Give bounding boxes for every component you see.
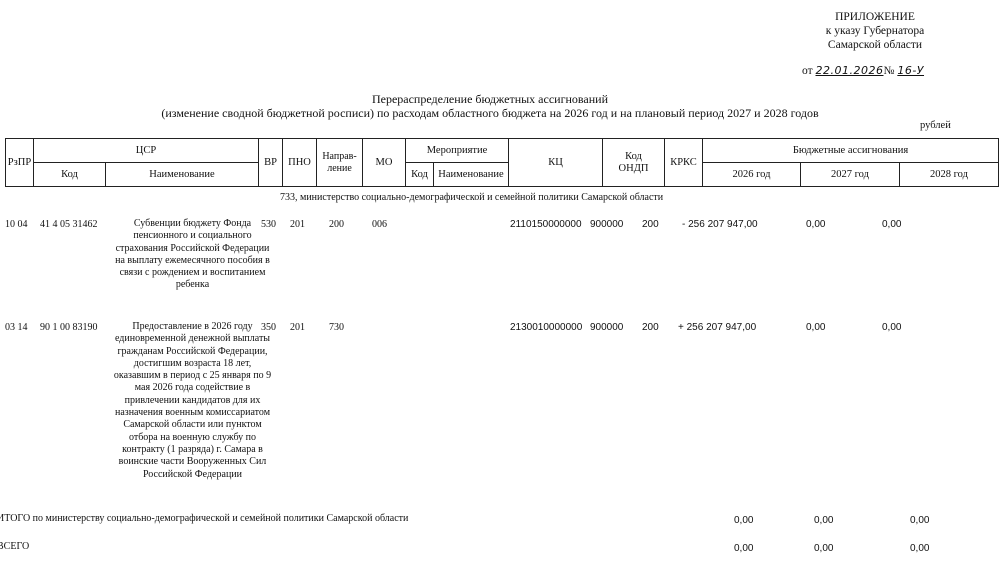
section-title: 733, министерство социально-демографичес… bbox=[280, 192, 663, 203]
units-label: рублей bbox=[920, 120, 951, 131]
approval-line-2: к указу Губернатора bbox=[790, 24, 960, 38]
cell-pno: 201 bbox=[290, 219, 305, 230]
table-header: РзПР ЦСР ВР ПНО Направ-ление МО Мероприя… bbox=[5, 138, 999, 187]
header-mo: МО bbox=[363, 139, 406, 187]
cell-vr: 530 bbox=[261, 219, 276, 230]
approval-heading: ПРИЛОЖЕНИЕ bbox=[790, 10, 960, 24]
cell-direction: 200 bbox=[329, 219, 344, 230]
cell-2026: - 256 207 947,00 bbox=[682, 219, 758, 230]
total-2028: 0,00 bbox=[910, 515, 929, 526]
header-2026: 2026 год bbox=[703, 163, 801, 187]
approval-date-line: от 22.01.2026№ 16-У bbox=[802, 64, 942, 77]
total-2026: 0,00 bbox=[734, 515, 753, 526]
cell-direction: 730 bbox=[329, 322, 344, 333]
total-label: ИТОГО по министерству социально-демограф… bbox=[0, 513, 408, 524]
handwritten-date: 22.01.2026 bbox=[816, 64, 884, 77]
grand-total-2027: 0,00 bbox=[814, 543, 833, 554]
header-csr: ЦСР bbox=[34, 139, 259, 163]
grand-total-label: ВСЕГО bbox=[0, 541, 29, 552]
cell-2027: 0,00 bbox=[806, 219, 825, 230]
grand-total-2026: 0,00 bbox=[734, 543, 753, 554]
header-2028: 2028 год bbox=[900, 163, 999, 187]
cell-2027: 0,00 bbox=[806, 322, 825, 333]
header-event-name: Наименование bbox=[434, 163, 509, 187]
cell-ondp: 900000 bbox=[590, 322, 623, 333]
header-vr: ВР bbox=[259, 139, 283, 187]
total-2027: 0,00 bbox=[814, 515, 833, 526]
cell-krks: 200 bbox=[642, 322, 659, 333]
cell-mo: 006 bbox=[372, 219, 387, 230]
header-event-code: Код bbox=[406, 163, 434, 187]
header-csr-name: Наименование bbox=[106, 163, 259, 187]
document-title: Перераспределение бюджетных ассигнований bbox=[0, 92, 980, 107]
header-event: Мероприятие bbox=[406, 139, 509, 163]
number-prefix: № bbox=[883, 65, 894, 77]
cell-2026: + 256 207 947,00 bbox=[678, 322, 756, 333]
header-csr-code: Код bbox=[34, 163, 106, 187]
header-direction: Направ-ление bbox=[317, 139, 363, 187]
header-budget: Бюджетные ассигнования bbox=[703, 139, 999, 163]
header-2027: 2027 год bbox=[801, 163, 900, 187]
approval-line-3: Самарской области bbox=[790, 38, 960, 52]
handwritten-number: 16-У bbox=[897, 64, 942, 77]
cell-csr-code: 90 1 00 83190 bbox=[40, 322, 98, 333]
cell-csr-name: Предоставление в 2026 году единовременно… bbox=[110, 321, 275, 481]
cell-kc: 2130010000000 bbox=[510, 322, 582, 333]
cell-rzpr: 03 14 bbox=[5, 322, 28, 333]
cell-krks: 200 bbox=[642, 219, 659, 230]
cell-2028: 0,00 bbox=[882, 322, 901, 333]
approval-block: ПРИЛОЖЕНИЕ к указу Губернатора Самарской… bbox=[790, 10, 960, 52]
header-krks: КРКС bbox=[665, 139, 703, 187]
header-ondp: Код ОНДП bbox=[603, 139, 665, 187]
cell-2028: 0,00 bbox=[882, 219, 901, 230]
date-prefix: от bbox=[802, 65, 813, 77]
cell-ondp: 900000 bbox=[590, 219, 623, 230]
header-rzpr: РзПР bbox=[6, 139, 34, 187]
cell-vr: 350 bbox=[261, 322, 276, 333]
header-pno: ПНО bbox=[283, 139, 317, 187]
grand-total-2028: 0,00 bbox=[910, 543, 929, 554]
cell-csr-code: 41 4 05 31462 bbox=[40, 219, 98, 230]
document-subtitle: (изменение сводной бюджетной росписи) по… bbox=[0, 106, 980, 121]
cell-rzpr: 10 04 bbox=[5, 219, 28, 230]
cell-kc: 2110150000000 bbox=[510, 219, 582, 230]
cell-pno: 201 bbox=[290, 322, 305, 333]
header-kc: КЦ bbox=[509, 139, 603, 187]
cell-csr-name: Субвенции бюджету Фонда пенсионного и со… bbox=[110, 218, 275, 292]
